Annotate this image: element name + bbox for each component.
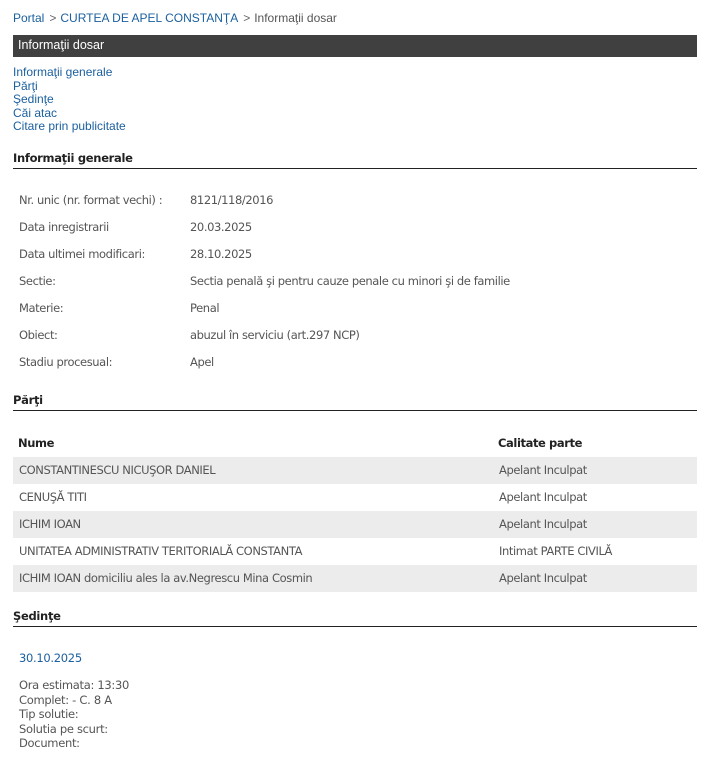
info-value: 8121/118/2016: [190, 193, 273, 207]
party-name: ICHIM IOAN domiciliu ales la av.Negrescu…: [19, 571, 312, 585]
section-heading-general: Informaţii generale: [13, 151, 697, 169]
section-heading-sedinte: Şedinţe: [13, 609, 697, 627]
nav-link-parti[interactable]: Părţi: [13, 80, 126, 94]
info-label: Data ultimei modificari:: [19, 247, 145, 261]
info-value: 20.03.2025: [190, 220, 252, 234]
nav-link-informatii-generale[interactable]: Informaţii generale: [13, 66, 126, 80]
info-value: Apel: [190, 355, 214, 369]
info-label: Obiect:: [19, 328, 58, 342]
nav-link-citare[interactable]: Citare prin publicitate: [13, 120, 126, 134]
party-role: Intimat PARTE CIVILĂ: [499, 544, 612, 558]
breadcrumb: Portal>CURTEA DE APEL CONSTANŢA>Informaţ…: [13, 11, 337, 25]
info-value: 28.10.2025: [190, 247, 252, 261]
section-heading-text: Şedinţe: [13, 609, 61, 623]
column-header-nume: Nume: [18, 436, 54, 450]
info-label: Nr. unic (nr. format vechi) :: [19, 193, 162, 207]
table-row: ICHIM IOAN Apelant Inculpat: [13, 511, 697, 538]
info-value: Penal: [190, 301, 219, 315]
party-role: Apelant Inculpat: [499, 463, 587, 477]
breadcrumb-portal-link[interactable]: Portal: [13, 11, 44, 25]
breadcrumb-court-link[interactable]: CURTEA DE APEL CONSTANŢA: [60, 11, 238, 25]
party-role: Apelant Inculpat: [499, 517, 587, 531]
table-row: UNITATEA ADMINISTRATIV TERITORIALĂ CONST…: [13, 538, 697, 565]
page-title-bar: Informaţii dosar: [13, 35, 697, 57]
info-value: abuzul în serviciu (art.297 NCP): [190, 328, 360, 342]
section-nav: Informaţii generale Părţi Şedinţe Căi at…: [13, 66, 126, 134]
nav-link-cai-atac[interactable]: Căi atac: [13, 107, 126, 121]
info-label: Stadiu procesual:: [19, 355, 112, 369]
table-row: CENUŞĂ TITI Apelant Inculpat: [13, 484, 697, 511]
sedinta-ora: Ora estimata: 13:30: [19, 678, 129, 693]
party-name: CENUŞĂ TITI: [19, 490, 87, 504]
table-header: Nume Calitate parte: [13, 430, 697, 457]
section-heading-text: Părţi: [13, 393, 43, 407]
page-title: Informaţii dosar: [18, 38, 104, 52]
info-label: Sectie:: [19, 274, 56, 288]
sedinta-date: 30.10.2025: [19, 651, 129, 665]
column-header-calitate: Calitate parte: [498, 436, 582, 450]
sedinta-solutia: Solutia pe scurt:: [19, 722, 129, 737]
party-name: UNITATEA ADMINISTRATIV TERITORIALĂ CONST…: [19, 544, 302, 558]
section-heading-parti: Părţi: [13, 393, 697, 411]
sedinta-entry: 30.10.2025 Ora estimata: 13:30 Complet: …: [19, 651, 129, 751]
table-row: ICHIM IOAN domiciliu ales la av.Negrescu…: [13, 565, 697, 592]
info-label: Materie:: [19, 301, 63, 315]
info-label: Data inregistrarii: [19, 220, 109, 234]
party-name: ICHIM IOAN: [19, 517, 81, 531]
parti-table: Nume Calitate parte CONSTANTINESCU NICUŞ…: [13, 430, 697, 592]
sedinta-document: Document:: [19, 736, 129, 751]
breadcrumb-current: Informaţii dosar: [254, 11, 337, 25]
party-role: Apelant Inculpat: [499, 490, 587, 504]
sedinta-complet: Complet: - C. 8 A: [19, 693, 129, 708]
party-role: Apelant Inculpat: [499, 571, 587, 585]
table-row: CONSTANTINESCU NICUŞOR DANIEL Apelant In…: [13, 457, 697, 484]
breadcrumb-separator: >: [49, 11, 56, 25]
sedinta-tip-solutie: Tip solutie:: [19, 707, 129, 722]
section-heading-text: Informaţii generale: [13, 151, 133, 165]
info-value: Sectia penală şi pentru cauze penale cu …: [190, 274, 510, 288]
party-name: CONSTANTINESCU NICUŞOR DANIEL: [19, 463, 215, 477]
nav-link-sedinte[interactable]: Şedinţe: [13, 93, 126, 107]
breadcrumb-separator: >: [243, 11, 250, 25]
